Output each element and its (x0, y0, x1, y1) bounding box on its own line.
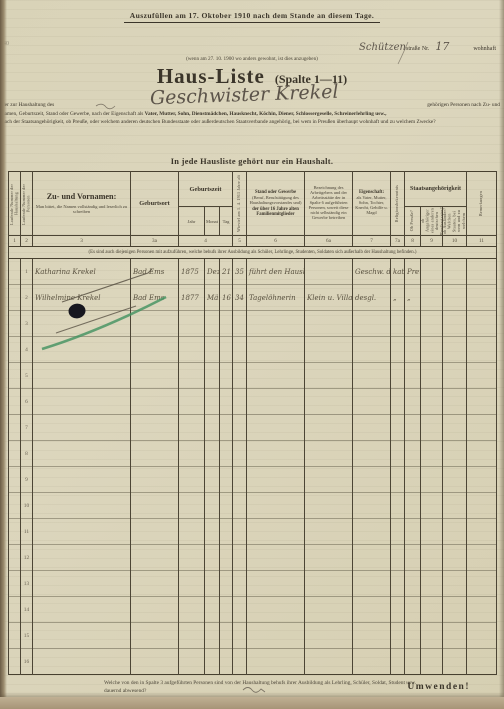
colnum-5: 5 (233, 236, 247, 247)
cell-col1 (9, 519, 21, 545)
intro-line-staat: nach der Staatsangehörigkeit, ob Preuße,… (2, 119, 501, 126)
cell-tag (220, 467, 233, 493)
cell-col1 (9, 545, 21, 571)
cell-ort (131, 467, 179, 493)
cell-eigenschaft (353, 493, 391, 519)
cell-bund (421, 467, 443, 493)
cell-religion (391, 467, 405, 493)
cell-gewerbe (247, 649, 305, 675)
cell-name (33, 623, 131, 649)
cell-jahr (179, 363, 205, 389)
table-row: 13 (9, 571, 497, 597)
cell-jahr (179, 389, 205, 415)
cell-ausl (443, 623, 467, 649)
cell-bem (467, 519, 497, 545)
table-row: 10 (9, 493, 497, 519)
cell-gewerbe (247, 415, 305, 441)
cell-col1 (9, 441, 21, 467)
intro-left-label: der zur Haushaltung des (2, 102, 54, 108)
cell-tag (220, 415, 233, 441)
col6-header-occupation: Stand oder Gewerbe (Beruf, Berufstätigun… (247, 172, 305, 236)
cell-ort (131, 545, 179, 571)
cell-ort: Bad Ems (131, 259, 179, 285)
table-row: 6 (9, 389, 497, 415)
cell-gewerbe (247, 389, 305, 415)
cell-monat (205, 597, 220, 623)
cell-bund (421, 285, 443, 311)
cell-name (33, 467, 131, 493)
table-row: 8 (9, 441, 497, 467)
cell-religion (391, 493, 405, 519)
intro-right-label: gehörigen Personen nach Zu- und (427, 102, 500, 108)
cell-monat (205, 649, 220, 675)
cell-alter (233, 493, 247, 519)
cell-num: 9 (21, 467, 33, 493)
cell-bem (467, 623, 497, 649)
cell-religion (391, 389, 405, 415)
cell-monat (205, 311, 220, 337)
cell-col1 (9, 467, 21, 493)
cell-bem (467, 467, 497, 493)
cell-ausl (443, 311, 467, 337)
cell-tag (220, 597, 233, 623)
cell-name (33, 571, 131, 597)
house-number-handwritten: 17 (435, 40, 449, 53)
col4-jahr-header: Jahr (179, 207, 205, 236)
cell-eigenschaft (353, 311, 391, 337)
colnum-3a: 3a (131, 236, 179, 247)
col2-vertical-label: Laufende Nummer der Personen (22, 175, 31, 233)
cell-arbeit (305, 545, 353, 571)
table-row: 5 (9, 363, 497, 389)
cell-alter (233, 649, 247, 675)
nationality-group-title: Staatsangehörigkeit (405, 186, 466, 192)
cell-religion (391, 441, 405, 467)
cell-gewerbe (247, 337, 305, 363)
col10-header-foreigner: ob Ausländer? Welchen Staates, bei wem u… (443, 207, 467, 236)
cell-gewerbe (247, 519, 305, 545)
cell-num: 13 (21, 571, 33, 597)
cell-name (33, 545, 131, 571)
cell-bem (467, 285, 497, 311)
col3-header-names: Zu- und Vornamen: Man bittet, die Namen … (33, 172, 131, 236)
cell-eigenschaft (353, 545, 391, 571)
cell-num: 2 (21, 285, 33, 311)
cell-name (33, 363, 131, 389)
cell-arbeit (305, 493, 353, 519)
cell-alter (233, 623, 247, 649)
wohnhaft-label: wohnhaft (473, 46, 496, 52)
intro-paragraph: namen, Geburtszeit, Stand oder Gewerbe, … (2, 111, 501, 127)
colnum-10: 10 (443, 236, 467, 247)
cell-monat: Dezbr. (205, 259, 220, 285)
cell-religion (391, 363, 405, 389)
cell-num: 4 (21, 337, 33, 363)
cell-col1 (9, 493, 21, 519)
cell-religion (391, 571, 405, 597)
col9-header-otherstate: ob Angehöriger eines anderen deutschen B… (421, 207, 443, 236)
strasse-nr-label: straße Nr. (406, 46, 429, 52)
col11-vertical-label: Bemerkungen (479, 191, 484, 216)
cell-bem (467, 571, 497, 597)
cell-bem (467, 259, 497, 285)
cell-jahr (179, 623, 205, 649)
scanned-census-form: Auszufüllen am 17. Oktober 1910 nach dem… (0, 0, 504, 709)
cell-name (33, 441, 131, 467)
col5-vertical-label: Wieviel am 1. 4. 1911 Jahre alt (237, 175, 242, 232)
cell-ausl (443, 597, 467, 623)
cell-bund (421, 545, 443, 571)
cell-ausl (443, 337, 467, 363)
col6a-text: Bezeichnung des Arbeitgebers und der Arb… (305, 185, 352, 221)
jahr-label: Jahr (179, 219, 204, 224)
cell-name (33, 493, 131, 519)
cell-monat (205, 571, 220, 597)
cell-col1 (9, 571, 21, 597)
table-row: 1Katharina KrekelBad Ems1875Dezbr.2135fü… (9, 259, 497, 285)
cell-alter (233, 545, 247, 571)
cell-arbeit (305, 441, 353, 467)
cell-bem (467, 441, 497, 467)
cell-arbeit (305, 571, 353, 597)
monat-label: Monat (205, 219, 219, 224)
intro-line-roles: namen, Geburtszeit, Stand oder Gewerbe, … (2, 111, 501, 118)
col8-header-prussian: Ob Preuße? (405, 207, 421, 236)
cell-bund (421, 415, 443, 441)
table-row: 15 (9, 623, 497, 649)
cell-ort (131, 415, 179, 441)
turn-over-label: Umwenden! (407, 682, 470, 692)
cell-bem (467, 493, 497, 519)
cell-ort (131, 649, 179, 675)
cell-gewerbe (247, 311, 305, 337)
cell-bem (467, 649, 497, 675)
cell-monat (205, 363, 220, 389)
street-name-handwritten: Schützen (359, 42, 406, 53)
cell-tag: 16 (220, 285, 233, 311)
cell-tag (220, 519, 233, 545)
cell-eigenschaft (353, 519, 391, 545)
table-row: 4 (9, 337, 497, 363)
colnum-6a: 6a (305, 236, 353, 247)
cell-arbeit (305, 623, 353, 649)
table-row: 9 (9, 467, 497, 493)
cell-religion (391, 623, 405, 649)
cell-bund (421, 363, 443, 389)
cell-num: 5 (21, 363, 33, 389)
cell-jahr (179, 467, 205, 493)
cell-religion (391, 545, 405, 571)
col3-subtitle: Man bittet, die Namen vollständig und le… (33, 204, 130, 214)
cell-bem (467, 311, 497, 337)
cell-tag (220, 623, 233, 649)
table-row: 7 (9, 415, 497, 441)
cell-gewerbe (247, 441, 305, 467)
pen-flourish-intro (96, 104, 115, 109)
cell-bund (421, 493, 443, 519)
note-1900: (wenn am 27. 10. 1900 wo anders gewohnt,… (0, 56, 504, 62)
cell-name: Katharina Krekel (33, 259, 131, 285)
cell-preusse: „ (405, 285, 421, 311)
cell-preusse (405, 597, 421, 623)
cell-name (33, 597, 131, 623)
census-table: Laufende Nummer der Haushaltung Laufende… (8, 171, 497, 675)
col8-vertical-label: Ob Preuße? (410, 210, 415, 231)
cell-preusse (405, 311, 421, 337)
cell-name (33, 311, 131, 337)
col6-bold-note: der über 16 Jahre alten Familienmitglied… (247, 207, 304, 218)
scan-edge-right (499, 0, 504, 709)
cell-jahr (179, 597, 205, 623)
cell-tag (220, 493, 233, 519)
col3-title: Zu- und Vornamen: (33, 192, 130, 202)
cell-num: 10 (21, 493, 33, 519)
cell-col1 (9, 597, 21, 623)
street-line: Schützenstraße Nr.17wohnhaft (359, 40, 496, 53)
cell-col1 (9, 259, 21, 285)
cell-name: Wilhelmine Krekel (33, 285, 131, 311)
cell-col1 (9, 623, 21, 649)
cell-bem (467, 545, 497, 571)
col9-vertical-label: ob Angehöriger eines anderen deutschen B… (421, 207, 443, 235)
col10-vertical-label: ob Ausländer? Welchen Staates, bei wem u… (443, 207, 467, 235)
colnum-7a: 7a (391, 236, 405, 247)
cell-alter (233, 467, 247, 493)
table-note-row: (Es sind auch diejenigen Personen mit au… (9, 247, 497, 259)
col4-monat-header: Monat (205, 207, 220, 236)
cell-gewerbe (247, 597, 305, 623)
scan-edge-bottom (0, 697, 504, 709)
cell-ausl (443, 363, 467, 389)
intro-part1: namen, Geburtszeit, Stand oder Gewerbe, … (2, 111, 145, 117)
cell-alter (233, 519, 247, 545)
table-row: 2Wilhelmine KrekelBad Ems1877März1634Tag… (9, 285, 497, 311)
cell-preusse (405, 623, 421, 649)
cell-eigenschaft (353, 441, 391, 467)
cell-tag (220, 649, 233, 675)
cell-arbeit: Klein u. Villain, Werk (305, 285, 353, 311)
cell-ort (131, 571, 179, 597)
col3a-title: Geburtsort (131, 200, 178, 207)
household-rule: In jede Hausliste gehört nur ein Haushal… (0, 157, 504, 166)
col6a-header-employer: Bezeichnung des Arbeitgebers und der Arb… (305, 172, 353, 236)
table-row: 14 (9, 597, 497, 623)
cell-eigenschaft (353, 571, 391, 597)
cell-gewerbe: Tagelöhnerin (247, 285, 305, 311)
cell-jahr: 1875 (179, 259, 205, 285)
top-instruction-text: Auszufüllen am 17. Oktober 1910 nach dem… (124, 11, 380, 23)
cell-alter (233, 311, 247, 337)
cell-preusse: Preuße (405, 259, 421, 285)
cell-bund (421, 649, 443, 675)
cell-alter (233, 337, 247, 363)
cell-alter (233, 363, 247, 389)
cell-ausl (443, 519, 467, 545)
cell-tag: 21 (220, 259, 233, 285)
cell-monat (205, 467, 220, 493)
cell-ausl (443, 545, 467, 571)
cell-bund (421, 337, 443, 363)
cell-arbeit (305, 415, 353, 441)
cell-num: 1 (21, 259, 33, 285)
cell-eigenschaft (353, 363, 391, 389)
cell-monat (205, 545, 220, 571)
cell-tag (220, 545, 233, 571)
cell-monat: März (205, 285, 220, 311)
cell-bund (421, 519, 443, 545)
cell-preusse (405, 337, 421, 363)
cell-gewerbe (247, 571, 305, 597)
cell-bem (467, 363, 497, 389)
cell-gewerbe (247, 363, 305, 389)
col7-subtitle: als Vater, Mutter, Sohn, Tochter, Knecht… (353, 195, 390, 217)
cell-num: 7 (21, 415, 33, 441)
cell-preusse (405, 649, 421, 675)
tag-label: Tag (220, 219, 232, 224)
cell-preusse (405, 467, 421, 493)
cell-religion: „ (391, 285, 405, 311)
cell-preusse (405, 441, 421, 467)
cell-eigenschaft: Geschw. d. H. (353, 259, 391, 285)
colnum-1: 1 (9, 236, 21, 247)
cell-ausl (443, 571, 467, 597)
col4-tag-header: Tag (220, 207, 233, 236)
col3a-header-birthplace: Geburtsort (131, 172, 179, 236)
cell-gewerbe (247, 467, 305, 493)
cell-preusse (405, 493, 421, 519)
cell-ausl (443, 467, 467, 493)
cell-religion (391, 519, 405, 545)
cell-ort (131, 519, 179, 545)
cell-jahr (179, 311, 205, 337)
col11-header-remarks: Bemerkungen (467, 172, 497, 236)
cell-ausl (443, 649, 467, 675)
cell-religion (391, 337, 405, 363)
cell-eigenschaft (353, 415, 391, 441)
cell-num: 6 (21, 389, 33, 415)
cell-num: 8 (21, 441, 33, 467)
cell-bund (421, 623, 443, 649)
cell-arbeit (305, 337, 353, 363)
cell-ausl (443, 259, 467, 285)
cell-religion: kath. (391, 259, 405, 285)
cell-monat (205, 337, 220, 363)
cell-arbeit (305, 389, 353, 415)
cell-preusse (405, 363, 421, 389)
cell-preusse (405, 415, 421, 441)
cell-num: 12 (21, 545, 33, 571)
cell-col1 (9, 649, 21, 675)
cell-bund (421, 441, 443, 467)
cell-ort (131, 441, 179, 467)
cell-bem (467, 597, 497, 623)
cell-ort (131, 623, 179, 649)
cell-ausl (443, 389, 467, 415)
cell-num: 15 (21, 623, 33, 649)
cell-monat (205, 623, 220, 649)
cell-alter (233, 597, 247, 623)
intro-roles-bold: Vater, Mutter, Sohn, Dienstmädchen, Haus… (145, 111, 387, 117)
cell-ort (131, 493, 179, 519)
cell-jahr (179, 571, 205, 597)
top-instruction: Auszufüllen am 17. Oktober 1910 nach dem… (0, 5, 504, 23)
cell-jahr (179, 441, 205, 467)
cell-alter (233, 571, 247, 597)
cell-alter (233, 389, 247, 415)
cell-eigenschaft (353, 337, 391, 363)
colnum-3: 3 (33, 236, 131, 247)
col7-header-role: Eigenschaft: als Vater, Mutter, Sohn, To… (353, 172, 391, 236)
cell-num: 14 (21, 597, 33, 623)
colnum-8: 8 (405, 236, 421, 247)
cell-monat (205, 415, 220, 441)
col6-subtitle: (Beruf, Berufstätigung des Haushaltungsv… (247, 195, 304, 207)
col4-header-birthdate: Geburtszeit (179, 172, 233, 207)
cell-tag (220, 389, 233, 415)
cell-ort (131, 363, 179, 389)
colnum-9: 9 (421, 236, 443, 247)
cell-alter (233, 441, 247, 467)
cell-bund (421, 311, 443, 337)
cell-tag (220, 571, 233, 597)
col4-title: Geburtszeit (179, 186, 232, 193)
cell-ort: Bad Ems (131, 285, 179, 311)
cell-name (33, 649, 131, 675)
column-number-row: 1 2 3 3a 4 5 6 6a 7 7a 8 9 10 11 (9, 236, 497, 247)
cell-col1 (9, 389, 21, 415)
cell-name (33, 389, 131, 415)
cell-bund (421, 597, 443, 623)
cell-religion (391, 597, 405, 623)
cell-col1 (9, 363, 21, 389)
cell-arbeit (305, 467, 353, 493)
col1-header: Laufende Nummer der Haushaltung (9, 172, 21, 236)
cell-ort (131, 337, 179, 363)
cell-ausl (443, 441, 467, 467)
cell-jahr: 1877 (179, 285, 205, 311)
table-row: 12 (9, 545, 497, 571)
table-row: 11 (9, 519, 497, 545)
cell-arbeit (305, 519, 353, 545)
cell-eigenschaft (353, 649, 391, 675)
cell-gewerbe: führt den Haushalt (247, 259, 305, 285)
cell-name (33, 519, 131, 545)
cell-eigenschaft (353, 597, 391, 623)
cell-bund (421, 259, 443, 285)
cell-num: 3 (21, 311, 33, 337)
cell-arbeit (305, 363, 353, 389)
colnum-6: 6 (247, 236, 305, 247)
cell-tag (220, 441, 233, 467)
cell-name (33, 415, 131, 441)
cell-ausl (443, 285, 467, 311)
cell-ort (131, 311, 179, 337)
cell-col1 (9, 337, 21, 363)
cell-preusse (405, 571, 421, 597)
col1-vertical-label: Laufende Nummer der Haushaltung (10, 175, 19, 233)
cell-bund (421, 389, 443, 415)
cell-name (33, 337, 131, 363)
cell-ort (131, 597, 179, 623)
cell-jahr (179, 519, 205, 545)
cell-bund (421, 571, 443, 597)
cell-arbeit (305, 311, 353, 337)
cell-eigenschaft (353, 623, 391, 649)
cell-monat (205, 519, 220, 545)
table-row: 16 (9, 649, 497, 675)
cell-num: 16 (21, 649, 33, 675)
cell-col1 (9, 415, 21, 441)
